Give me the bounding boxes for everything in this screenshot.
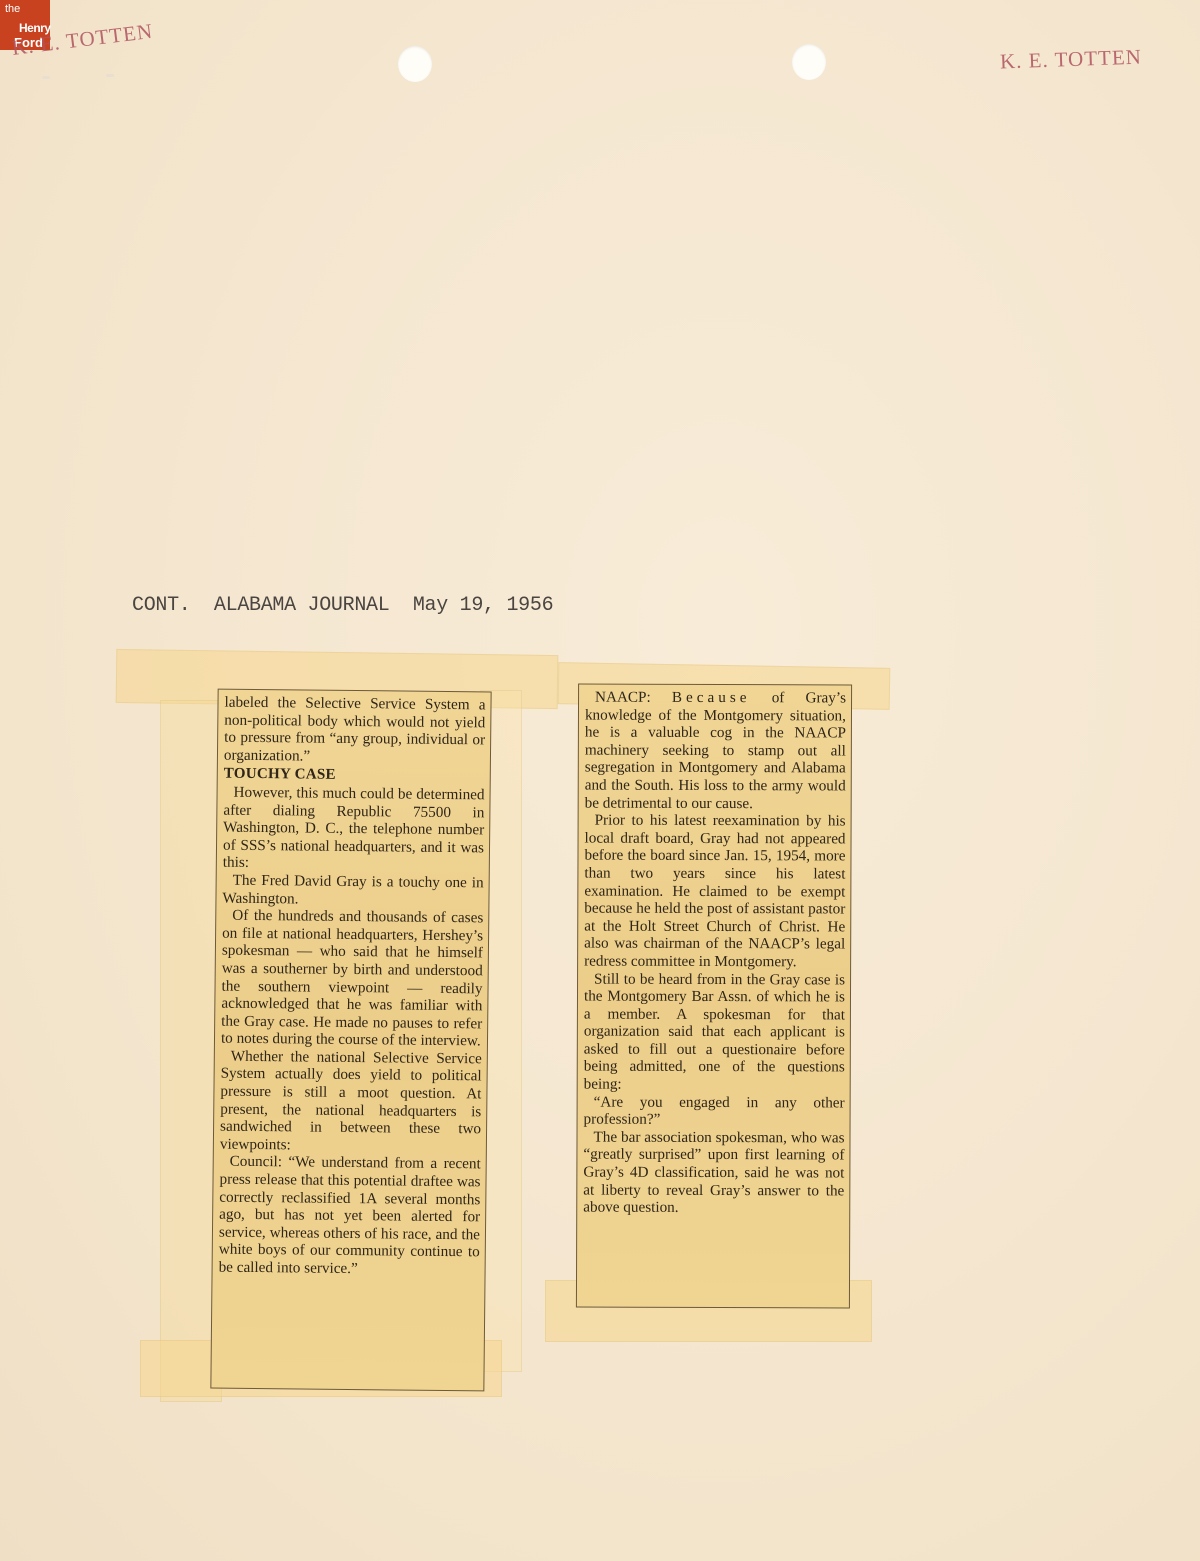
staple-icon — [42, 76, 50, 79]
clipping-paragraph: Council: “We understand from a recent pr… — [219, 1153, 481, 1279]
clipping-paragraph: The bar association spokesman, who was “… — [583, 1128, 844, 1217]
stamp-top-right: K. E. TOTTEN — [1000, 45, 1143, 75]
clipping-paragraph: Whether the national Selective Service S… — [220, 1048, 482, 1156]
clipping-paragraph: Still to be heard from in the Gray case … — [584, 970, 845, 1094]
clipping-paragraph: The Fred David Gray is a touchy one in W… — [222, 872, 483, 910]
logo-text-the: the — [5, 4, 20, 15]
clipping-text: of Gray’s knowledge of the Montgomery si… — [585, 689, 846, 812]
punch-hole-icon — [398, 46, 432, 82]
staple-marks — [40, 74, 120, 82]
newspaper-clipping-left: labeled the Selective Service System a n… — [210, 689, 491, 1392]
clipping-paragraph: NAACP: Because of Gray’s knowledge of th… — [585, 689, 846, 813]
clipping-paragraph: Of the hundreds and thousands of cases o… — [221, 907, 483, 1050]
clipping-lead: NAACP: — [595, 689, 672, 706]
clipping-paragraph: However, this much could be determined a… — [223, 784, 485, 875]
clipping-paragraph: Prior to his latest reexamination by his… — [584, 812, 846, 971]
staple-icon — [106, 74, 114, 77]
page-heading: CONT. ALABAMA JOURNAL May 19, 1956 — [132, 594, 553, 617]
clipping-paragraph: “Are you engaged in any other profession… — [584, 1093, 845, 1129]
clipping-paragraph: labeled the Selective Service System a n… — [224, 694, 486, 767]
newspaper-clipping-right: NAACP: Because of Gray’s knowledge of th… — [576, 684, 852, 1309]
punch-hole-icon — [792, 44, 826, 80]
clipping-spaced-word: Because — [672, 689, 751, 706]
